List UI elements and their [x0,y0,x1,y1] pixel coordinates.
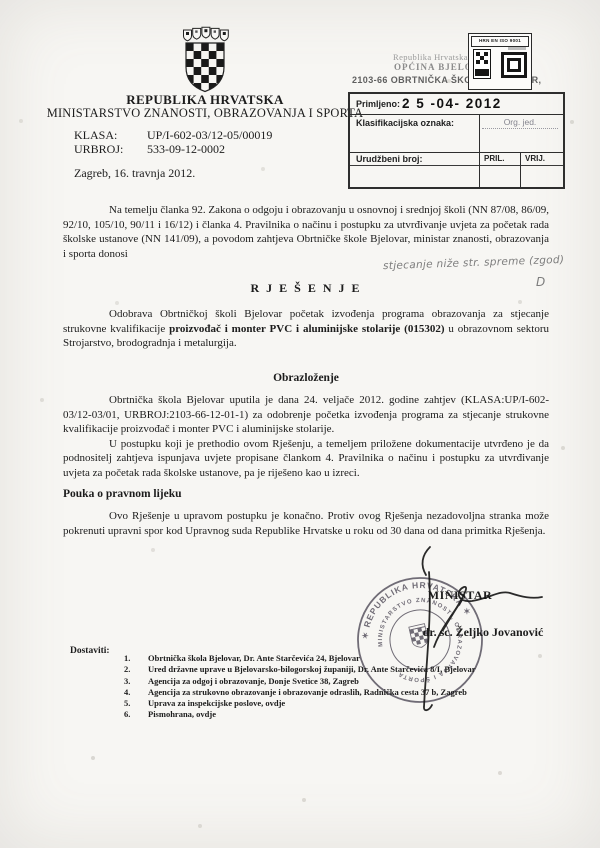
table-divider [479,114,480,187]
urbroj-label: URBROJ: [74,143,147,157]
klasa-row: KLASA:UP/I-602-03/12-05/00019 [74,129,272,143]
klasifikacijska-label: Klasifikacijska oznaka: [356,118,454,128]
obrazlozenje-title: Obrazloženje [63,372,549,384]
list-item-text: Agencija za odgoj i obrazovanje, Donje S… [148,676,359,687]
table-divider [350,114,563,115]
intro-paragraph: Na temelju članka 92. Zakona o odgoju i … [63,203,549,261]
vrij-label: VRIJ. [525,154,545,163]
list-item-number: 6. [124,709,148,720]
urudzbeni-label: Urudžbeni broj: [356,154,423,164]
list-item-number: 1. [124,653,148,664]
decision-text: Odobrava Obrtničkoj školi Bjelovar počet… [63,307,549,351]
reference-numbers: KLASA:UP/I-602-03/12-05/00019 URBROJ:533… [74,129,272,156]
iso-label: HRN EN ISO 9001 [471,36,529,47]
urbroj-row: URBROJ:533-09-12-0002 [74,143,272,157]
iso-certification-mark: HRN EN ISO 9001 [468,33,532,90]
table-divider [350,152,563,153]
handwritten-annotation-d: D [536,275,545,289]
certifier-crest-icon [473,49,491,79]
received-date-stamp: 2 5 -04- 2012 [402,96,502,111]
list-item-text: Obrtnička škola Bjelovar, Dr. Ante Starč… [148,653,360,664]
obrazlozenje-section: Obrtnička škola Bjelovar uputila je dana… [63,393,549,481]
decision-title: R J E Š E N J E [63,281,549,296]
document-header: REPUBLIKA HRVATSKA MINISTARSTVO ZNANOSTI… [30,93,380,120]
pouka-title: Pouka o pravnom lijeku [63,488,182,500]
certifier-caption [508,47,526,50]
table-divider [350,165,563,166]
klasa-label: KLASA: [74,129,147,143]
receiver-country-line: Republika Hrvatska [393,52,468,62]
scanned-document-page: REPUBLIKA HRVATSKA MINISTARSTVO ZNANOSTI… [0,0,600,848]
table-divider [520,152,521,187]
intro-text: Na temelju članka 92. Zakona o odgoju i … [63,203,549,261]
obrazlozenje-paragraph-1: Obrtnička škola Bjelovar uputila je dana… [63,393,549,437]
primljeno-label: Primljeno: [356,99,400,109]
croatian-coat-of-arms-icon [181,25,229,93]
country-title: REPUBLIKA HRVATSKA [30,93,380,107]
list-item-number: 2. [124,664,148,675]
obrazlozenje-paragraph-2: U postupku koji je prethodio ovom Rješen… [63,437,549,481]
pouka-text: Ovo Rješenje u upravom postupku je konač… [63,509,549,538]
ministry-title: MINISTARSTVO ZNANOSTI, OBRAZOVANJA I SPO… [30,107,380,121]
list-item-number: 4. [124,687,148,698]
decision-paragraph: Odobrava Obrtničkoj školi Bjelovar počet… [63,307,549,351]
klasa-value: UP/I-602-03/12-05/00019 [147,128,272,142]
pril-label: PRIL. [484,154,504,163]
pouka-section: Ovo Rješenje u upravom postupku je konač… [63,509,549,538]
list-item-number: 3. [124,676,148,687]
received-stamp-table: Primljeno: 2 5 -04- 2012 Klasifikacijska… [348,92,565,189]
urbroj-value: 533-09-12-0002 [147,142,225,156]
list-item-text: Uprava za inspekcijske poslove, ovdje [148,698,285,709]
org-jed-label: Org. jed. [482,117,558,129]
certification-square-icon [501,52,527,78]
minister-signature [360,535,570,725]
list-item-number: 5. [124,698,148,709]
scan-noise [0,0,2,2]
list-item-text: Pismohrana, ovdje [148,709,216,720]
decision-text-bold: proizvođač i monter PVC i aluminijske st… [169,323,444,335]
place-and-date: Zagreb, 16. travnja 2012. [74,166,195,181]
dostaviti-label: Dostaviti: [70,646,110,656]
